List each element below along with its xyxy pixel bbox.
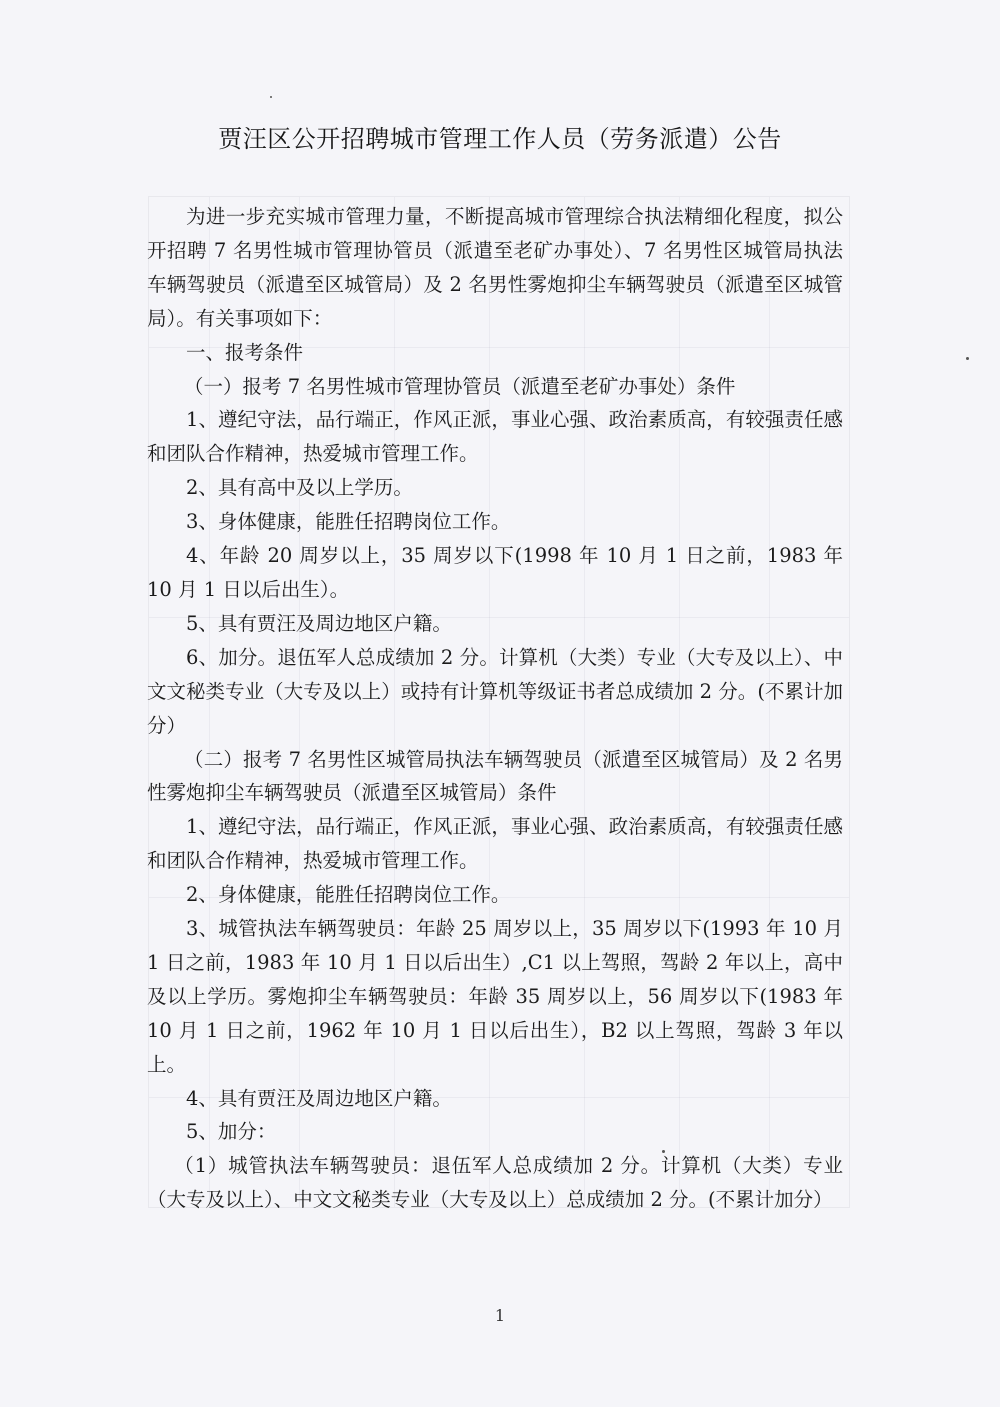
condition-item: 1、遵纪守法，品行端正，作风正派，事业心强、政治素质高，有较强责任感和团队合作精…	[147, 403, 843, 471]
document-body: 为进一步充实城市管理力量，不断提高城市管理综合执法精细化程度，拟公开招聘 7 名…	[147, 200, 843, 1217]
sub-heading-1: （一）报考 7 名男性城市管理协管员（派遣至老矿办事处）条件	[147, 370, 843, 404]
condition-item: 5、具有贾汪及周边地区户籍。	[147, 607, 843, 641]
intro-paragraph: 为进一步充实城市管理力量，不断提高城市管理综合执法精细化程度，拟公开招聘 7 名…	[147, 200, 843, 336]
condition-item: 3、城管执法车辆驾驶员：年龄 25 周岁以上，35 周岁以下(1993 年 10…	[147, 912, 843, 1082]
scanned-page: 贾汪区公开招聘城市管理工作人员（劳务派遣）公告 为进一步充实城市管理力量，不断提…	[0, 0, 1000, 1407]
bonus-sub-item: （1）城管执法车辆驾驶员：退伍军人总成绩加 2 分。计算机（大类）专业（大专及以…	[147, 1149, 843, 1217]
condition-item: 4、具有贾汪及周边地区户籍。	[147, 1082, 843, 1116]
condition-item: 2、具有高中及以上学历。	[147, 471, 843, 505]
condition-item: 4、年龄 20 周岁以上，35 周岁以下(1998 年 10 月 1 日之前，1…	[147, 539, 843, 607]
section-heading-conditions: 一、报考条件	[147, 336, 843, 370]
scan-speck	[270, 96, 272, 98]
document-title: 贾汪区公开招聘城市管理工作人员（劳务派遣）公告	[0, 119, 1000, 154]
condition-item: 2、身体健康，能胜任招聘岗位工作。	[147, 878, 843, 912]
sub-heading-2: （二）报考 7 名男性区城管局执法车辆驾驶员（派遣至区城管局）及 2 名男性雾炮…	[147, 743, 843, 811]
condition-item: 3、身体健康，能胜任招聘岗位工作。	[147, 505, 843, 539]
condition-item: 6、加分。退伍军人总成绩加 2 分。计算机（大类）专业（大专及以上）、中文文秘类…	[147, 641, 843, 743]
condition-item: 5、加分：	[147, 1115, 843, 1149]
page-number: 1	[0, 1306, 1000, 1325]
scan-speck	[966, 357, 969, 360]
condition-item: 1、遵纪守法，品行端正，作风正派，事业心强、政治素质高，有较强责任感和团队合作精…	[147, 810, 843, 878]
